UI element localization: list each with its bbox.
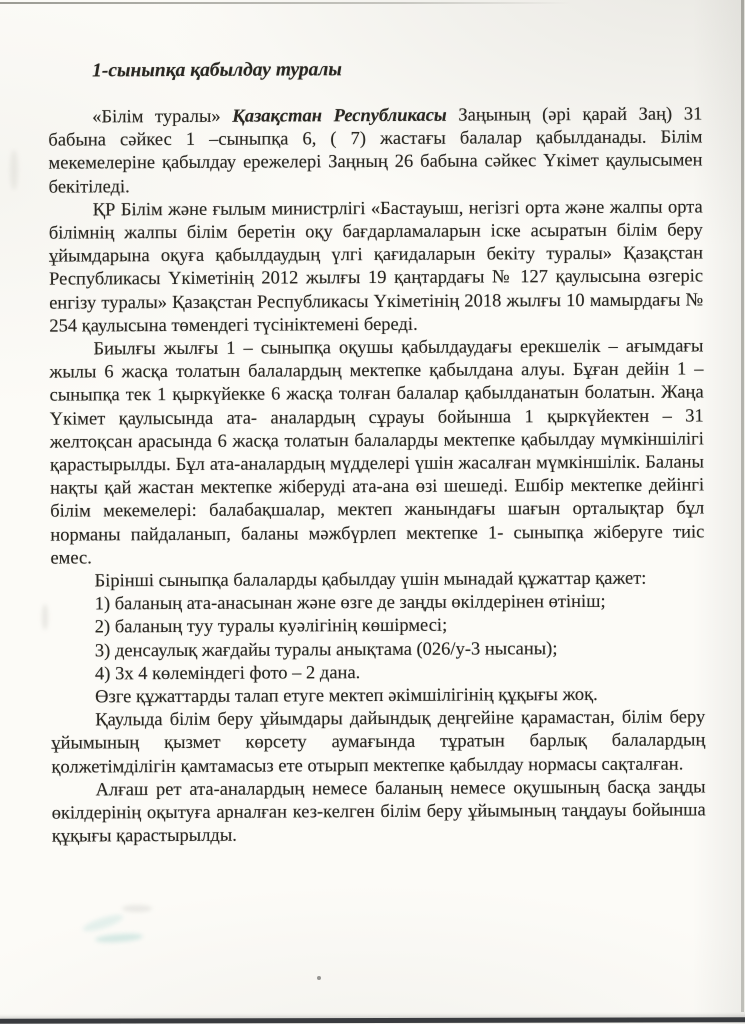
document-list-item-3: 3) денсаулық жағдайы туралы анықтама (02… [51, 637, 705, 663]
scanned-page: 1-сыныпқа қабылдау туралы «Білім туралы»… [0, 0, 745, 1024]
scan-smudge [42, 604, 48, 630]
paragraph-ministry-resolution: ҚР Білім және ғылым министрлігі «Бастауы… [49, 196, 704, 338]
documents-intro: Бірінші сыныпқа балаларды қабылдау үшін … [51, 567, 705, 593]
document-list-item-4: 4) 3х 4 көлеміндегі фото – 2 дана. [51, 660, 705, 686]
paragraph-choice-right: Алғаш рет ата-аналардың немесе баланың н… [52, 776, 706, 849]
document-list-item-2: 2) баланың туу туралы куәлігінің көшірме… [51, 614, 705, 640]
paragraph-age-rules: Биылғы жылғы 1 – сыныпқа оқушы қабылдауд… [49, 335, 704, 570]
document-list-item-1: 1) баланың ата-анасынан және өзге де заң… [51, 591, 705, 617]
scan-smudge [10, 150, 18, 190]
scan-smudge [122, 905, 152, 912]
scan-speck [317, 976, 321, 980]
scan-bottom-edge-bar [0, 1017, 745, 1024]
scan-top-edge-line [0, 2, 572, 4]
scan-smudge [95, 932, 143, 943]
paragraph-law-intro: «Білім туралы» Қазақстан Республикасы За… [48, 103, 702, 199]
paragraph-law-intro-emphasis: Қазақстан Республикасы [232, 106, 447, 127]
scan-smudge [81, 912, 124, 934]
scan-right-edge-line [741, 0, 744, 1012]
paragraph-access-norm: Қаулыда білім беру ұйымдары дайындық дең… [51, 707, 705, 780]
document-title: 1-сыныпқа қабылдау туралы [92, 56, 702, 83]
documents-note: Өзге құжаттарды талап етуге мектеп әкімш… [51, 683, 705, 709]
paragraph-law-intro-lead: «Білім туралы» [92, 107, 232, 128]
document-body: 1-сыныпқа қабылдау туралы «Білім туралы»… [48, 56, 706, 849]
